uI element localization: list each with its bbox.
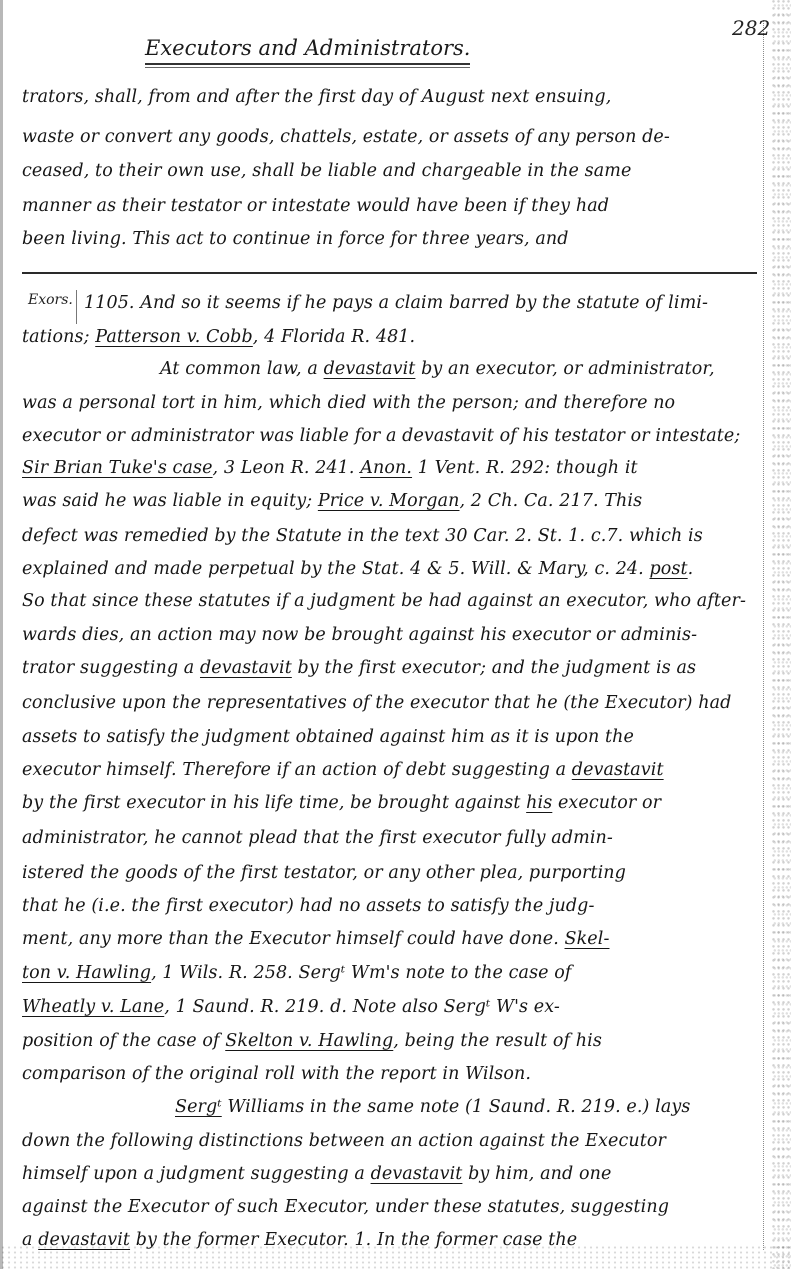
text-line: assets to satisfy the judgment obtained …: [22, 726, 634, 748]
line-text: , 4 Florida R. 481.: [253, 327, 415, 347]
line-text: tations;: [22, 327, 95, 347]
underlined-term: his: [526, 793, 552, 813]
page-number: 282: [732, 16, 770, 40]
text-line: himself upon a judgment suggesting a dev…: [22, 1163, 611, 1185]
case-citation: Patterson v. Cobb: [95, 327, 253, 347]
text-line: istered the goods of the first testator,…: [22, 862, 626, 884]
line-text: 1 Vent. R. 292: though it: [412, 458, 638, 478]
line-text: , 3 Leon R. 241.: [213, 458, 361, 478]
paragraph-number: 1105.: [84, 293, 135, 313]
underlined-term: devastavit: [572, 760, 664, 780]
text-line: was a personal tort in him, which died w…: [22, 392, 675, 414]
text-line: down the following distinctions between …: [22, 1130, 666, 1152]
text-line: that he (i.e. the first executor) had no…: [22, 895, 595, 917]
case-citation: Skel-: [565, 929, 610, 949]
line-text: Williams in the same note (1 Saund. R. 2…: [222, 1097, 691, 1117]
line-text: position of the case of: [22, 1031, 225, 1051]
text-line: tations; Patterson v. Cobb, 4 Florida R.…: [22, 326, 415, 348]
line-text: explained and made perpetual by the Stat…: [22, 559, 650, 579]
text-line: comparison of the original roll with the…: [22, 1063, 531, 1085]
underlined-term: Sergᵗ: [175, 1097, 222, 1117]
text-line: against the Executor of such Executor, u…: [22, 1196, 669, 1218]
text-line: waste or convert any goods, chattels, es…: [22, 126, 670, 148]
text-line: executor or administrator was liable for…: [22, 425, 740, 447]
underlined-term: devastavit: [371, 1164, 463, 1184]
line-text: by him, and one: [462, 1164, 611, 1184]
text-line: administrator, he cannot plead that the …: [22, 827, 613, 849]
case-citation: Price v. Morgan: [318, 491, 460, 511]
text-line: ceased, to their own use, shall be liabl…: [22, 160, 631, 182]
case-citation: ton v. Hawling: [22, 963, 151, 983]
text-line: defect was remedied by the Statute in th…: [22, 525, 703, 547]
page-heading: Executors and Administrators.: [145, 36, 470, 65]
text-line: At common law, a devastavit by an execut…: [160, 358, 715, 380]
text-line: Wheatly v. Lane, 1 Saund. R. 219. d. Not…: [22, 996, 560, 1018]
case-citation: Sir Brian Tuke's case: [22, 458, 213, 478]
line-text: ment, any more than the Executor himself…: [22, 929, 565, 949]
text-line: trators, shall, from and after the first…: [22, 86, 611, 108]
text-line: a devastavit by the former Executor. 1. …: [22, 1229, 577, 1251]
text-line: manner as their testator or intestate wo…: [22, 195, 609, 217]
text-line: been living. This act to continue in for…: [22, 228, 569, 250]
scan-right-edge: [772, 0, 791, 1269]
text-line: So that since these statutes if a judgme…: [22, 590, 746, 612]
text-line: explained and made perpetual by the Stat…: [22, 558, 693, 580]
underlined-term: post: [650, 559, 688, 579]
line-text: by the first executor; and the judgment …: [292, 658, 696, 678]
text-line: Sergᵗ Williams in the same note (1 Saund…: [175, 1096, 690, 1118]
text-line: ton v. Hawling, 1 Wils. R. 258. Sergᵗ Wm…: [22, 962, 572, 984]
line-text: , 1 Saund. R. 219. d. Note also Sergᵗ W'…: [164, 997, 560, 1017]
line-text: was said he was liable in equity;: [22, 491, 318, 511]
text-line: ment, any more than the Executor himself…: [22, 928, 609, 950]
case-citation: Wheatly v. Lane: [22, 997, 164, 1017]
line-text: himself upon a judgment suggesting a: [22, 1164, 371, 1184]
text-line: conclusive upon the representatives of t…: [22, 692, 731, 714]
line-text: by the first executor in his life time, …: [22, 793, 526, 813]
line-text: , 2 Ch. Ca. 217. This: [459, 491, 642, 511]
text-line: position of the case of Skelton v. Hawli…: [22, 1030, 602, 1052]
text-line: executor himself. Therefore if an action…: [22, 759, 664, 781]
margin-note: Exors.: [28, 292, 73, 308]
line-text: , being the result of his: [393, 1031, 602, 1051]
case-citation: Skelton v. Hawling: [225, 1031, 393, 1051]
underlined-term: devastavit: [324, 359, 416, 379]
text-line: 1105. And so it seems if he pays a claim…: [84, 292, 708, 314]
line-text: , 1 Wils. R. 258. Sergᵗ Wm's note to the…: [151, 963, 571, 983]
line-text: by the former Executor. 1. In the former…: [130, 1230, 577, 1250]
case-citation: Anon.: [360, 458, 412, 478]
text-line: wards dies, an action may now be brought…: [22, 624, 697, 646]
scan-left-edge: [0, 0, 3, 1269]
underlined-term: devastavit: [38, 1230, 130, 1250]
underlined-term: devastavit: [200, 658, 292, 678]
text-line: by the first executor in his life time, …: [22, 792, 661, 814]
margin-divider: [76, 290, 77, 324]
line-text: a: [22, 1230, 38, 1250]
margin-rule: [763, 20, 764, 1250]
text-line: Sir Brian Tuke's case, 3 Leon R. 241. An…: [22, 457, 638, 479]
section-divider: [22, 272, 757, 274]
line-text: executor or: [552, 793, 661, 813]
text-line: was said he was liable in equity; Price …: [22, 490, 642, 512]
line-text: .: [688, 559, 694, 579]
line-text: by an executor, or administrator,: [415, 359, 714, 379]
line-text: trator suggesting a: [22, 658, 200, 678]
line-text: And so it seems if he pays a claim barre…: [140, 293, 708, 313]
line-text: At common law, a: [160, 359, 324, 379]
line-text: executor himself. Therefore if an action…: [22, 760, 572, 780]
text-line: trator suggesting a devastavit by the fi…: [22, 657, 696, 679]
